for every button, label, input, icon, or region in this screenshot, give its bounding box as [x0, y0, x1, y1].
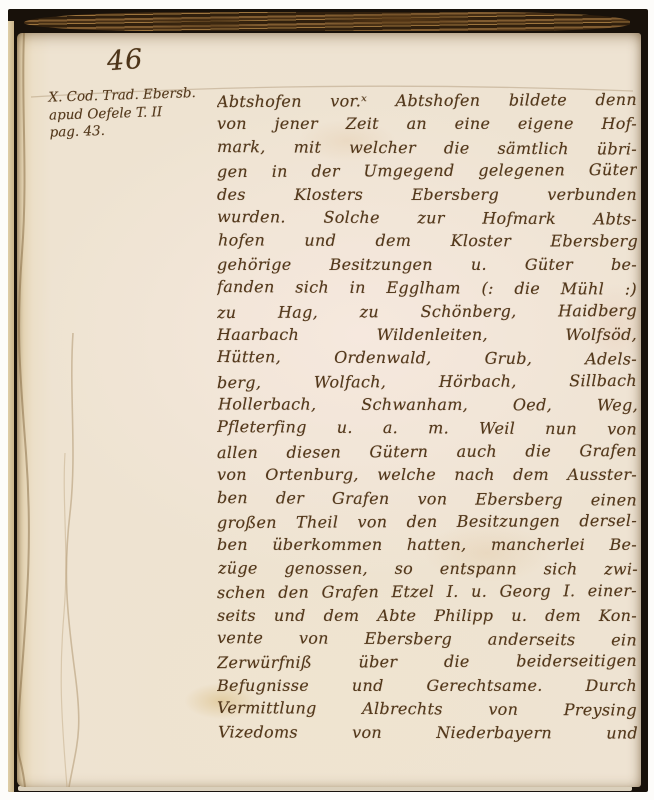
- manuscript-line: Hollerbach, Schwanham, Oed, Weg,: [218, 393, 638, 417]
- manuscript-line: seits und dem Abte Philipp u. dem Kon-: [217, 604, 637, 627]
- manuscript-line: ben überkommen hatten, mancherlei Be-: [217, 533, 637, 556]
- manuscript-line: berg, Wolfach, Hörbach, Sillbach: [217, 369, 637, 395]
- manuscript-line: Zerwürfniß über die beiderseitigen: [217, 649, 637, 675]
- book-left-page-edges: [8, 21, 14, 792]
- manuscript-line: ben der Grafen von Ebersberg einen: [217, 486, 637, 512]
- manuscript-line: zu Hag, zu Schönberg, Haidberg: [217, 298, 637, 324]
- manuscript-line: von jener Zeit an eine eigene Hof-: [217, 112, 637, 135]
- manuscript-line: gehörige Besitzungen u. Güter be-: [217, 253, 637, 276]
- margin-note: X. Cod. Trad. Ebersb. apud Oefele T. II …: [48, 84, 220, 142]
- manuscript-line: schen den Grafen Etzel I. u. Georg I. ei…: [217, 579, 637, 605]
- manuscript-line: großen Theil von den Besitzungen dersel-: [217, 509, 637, 535]
- manuscript-line: des Klosters Ebersberg verbunden: [217, 183, 637, 206]
- manuscript-text: Abtshofen vor.ˣ Abtshofen bildete denn v…: [217, 89, 637, 744]
- scanned-manuscript: 46 X. Cod. Trad. Ebersb. apud Oefele T. …: [0, 0, 654, 800]
- manuscript-page: 46 X. Cod. Trad. Ebersb. apud Oefele T. …: [17, 33, 641, 787]
- manuscript-line: Abtshofen vor.ˣ Abtshofen bildete denn: [217, 88, 637, 114]
- manuscript-line: Vizedoms von Niederbayern und: [218, 720, 638, 744]
- manuscript-line: Pfleterfing u. a. m. Weil nun von: [217, 415, 637, 441]
- scan-background: 46 X. Cod. Trad. Ebersb. apud Oefele T. …: [8, 9, 648, 792]
- deckle-edge-lines: [17, 33, 107, 787]
- manuscript-line: fanden sich in Egglham (: die Mühl :): [217, 275, 637, 301]
- manuscript-line: wurden. Solche zur Hofmark Abts-: [217, 205, 637, 231]
- manuscript-line: von Ortenburg, welche nach dem Ausster-: [217, 463, 637, 486]
- manuscript-line: mark, mit welcher die sämtlich übri-: [217, 135, 637, 161]
- manuscript-line: Vermittlung Albrechts von Preysing: [217, 696, 637, 722]
- manuscript-line: vente von Ebersberg anderseits ein: [217, 626, 637, 652]
- book-top-page-edges: [24, 12, 630, 31]
- manuscript-line: allen diesen Gütern auch die Grafen: [217, 439, 637, 465]
- manuscript-line: Hütten, Ordenwald, Grub, Adels-: [217, 345, 637, 371]
- manuscript-line: Haarbach Wildenleiten, Wolfsöd,: [217, 323, 637, 346]
- manuscript-line: Befugnisse und Gerechtsame. Durch: [217, 674, 637, 697]
- manuscript-line: gen in der Umgegend gelegenen Güter: [217, 158, 637, 184]
- manuscript-line: hofen und dem Kloster Ebersberg: [218, 229, 638, 253]
- page-number: 46: [106, 44, 144, 77]
- manuscript-line: züge genossen, so entspann sich zwi-: [218, 556, 638, 580]
